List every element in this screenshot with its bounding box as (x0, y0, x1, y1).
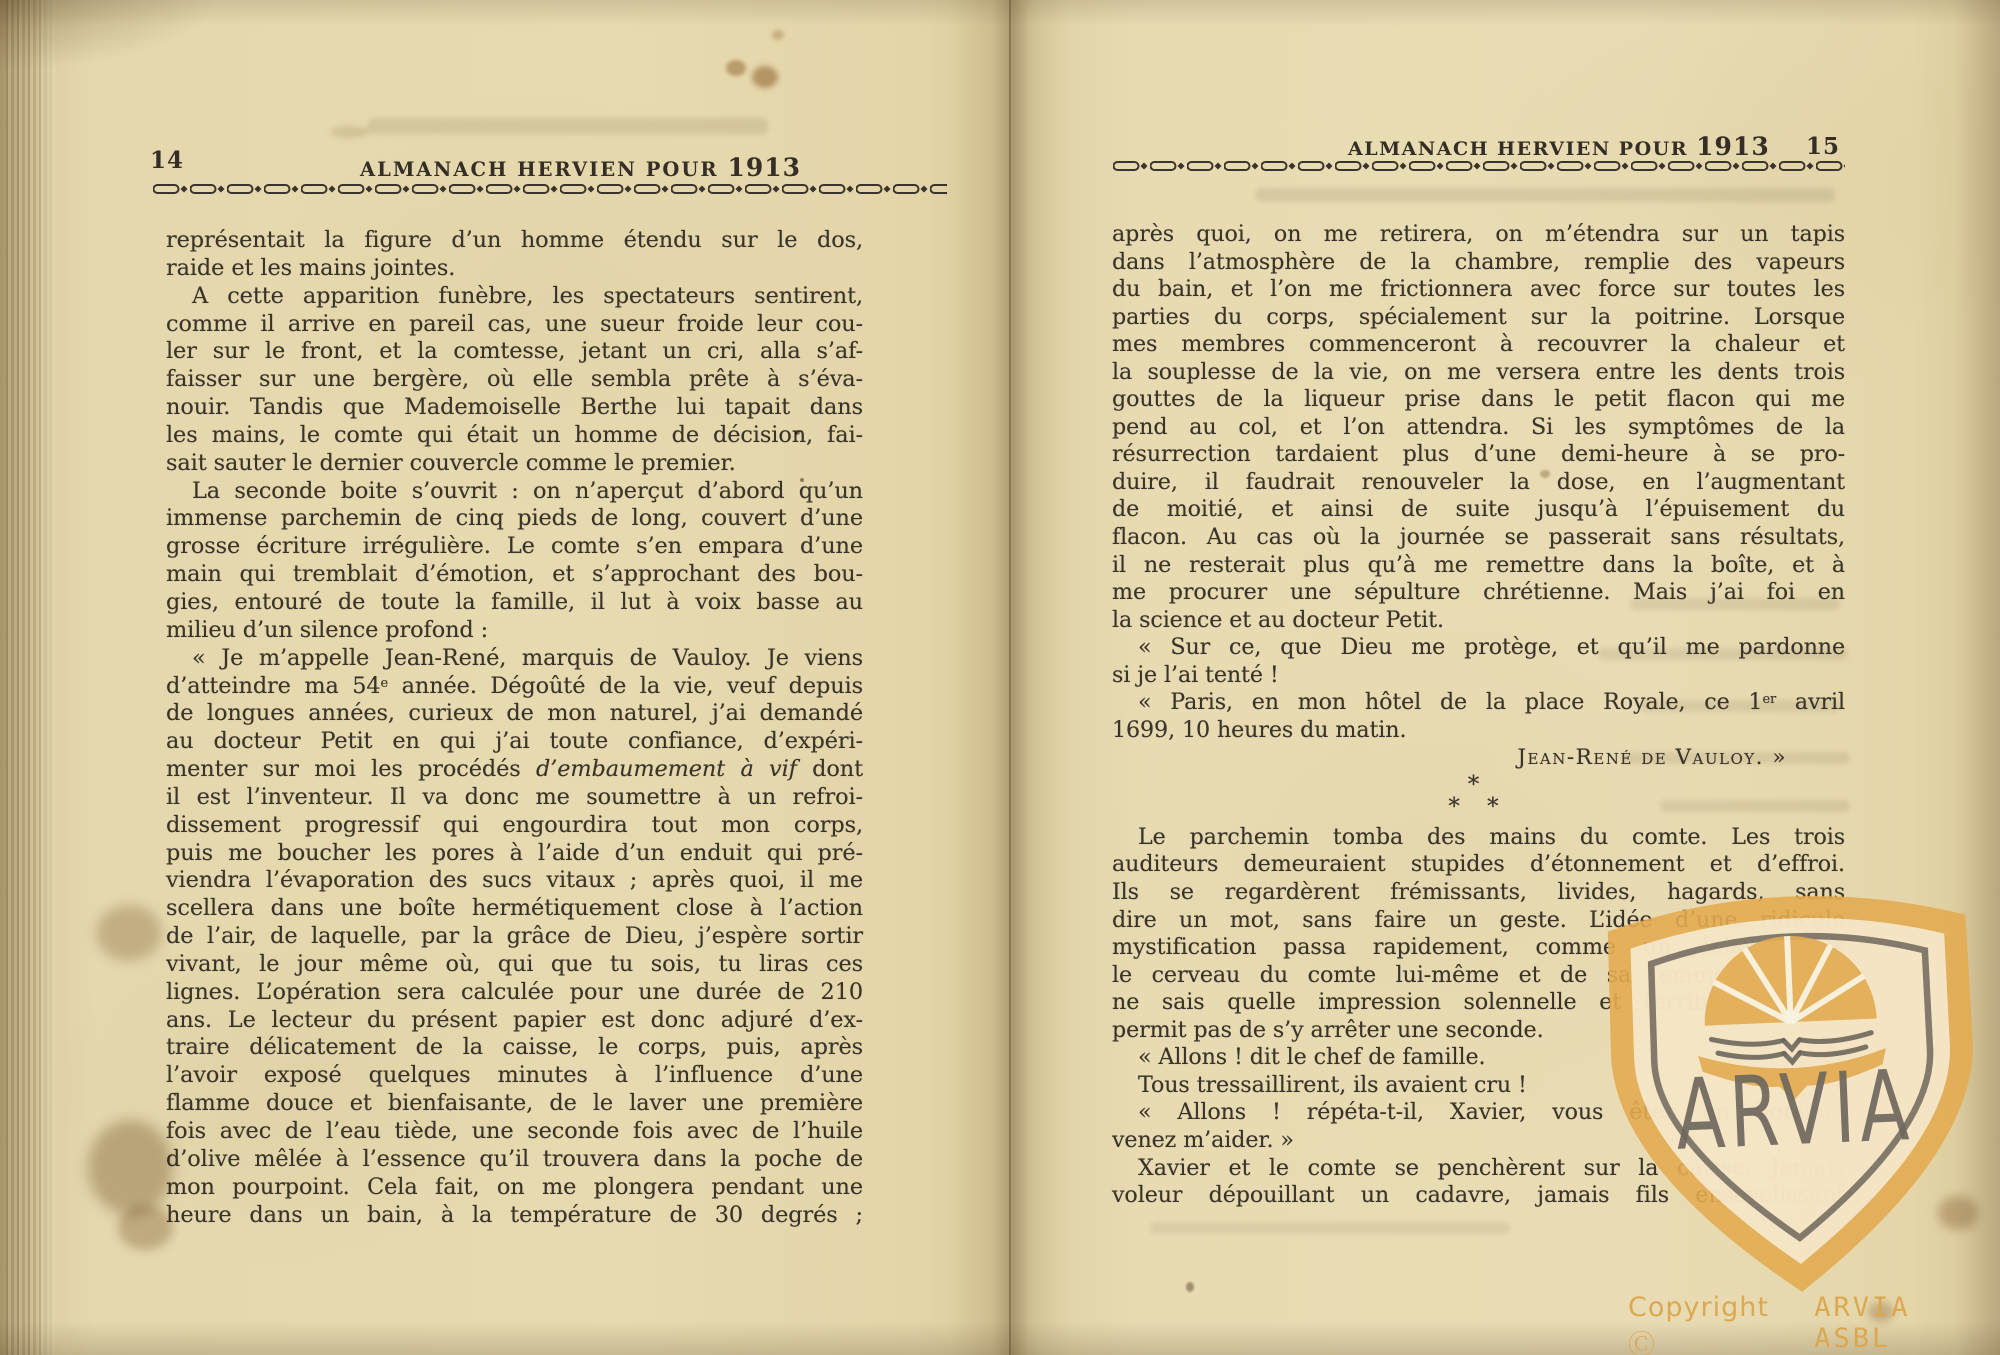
text-line: heure dans un bain, à la température de … (166, 1202, 863, 1230)
asterism-row: * * (1112, 796, 1845, 818)
text-line: La seconde boite s’ouvrit : on n’aperçut… (166, 478, 863, 506)
asterism-row: * (1112, 774, 1845, 796)
text-line: lignes. L’opération sera calculée pour u… (166, 979, 863, 1007)
asterism-ornament: * * * (1112, 772, 1845, 824)
text-line: scellera dans une boîte hermétiquement c… (166, 895, 863, 923)
text-line: traire délicatement de la caisse, le cor… (166, 1034, 863, 1062)
text-line: représentait la figure d’un homme étendu… (166, 227, 863, 255)
text-line: de l’air, de laquelle, par la grâce de D… (166, 923, 863, 951)
text-line: nouir. Tandis que Mademoiselle Berthe lu… (166, 394, 863, 422)
text-line: A cette apparition funèbre, les spectate… (166, 283, 863, 311)
right-page-top-block: après quoi, on me retirera, on m’étendra… (1112, 221, 1845, 744)
text-line: « Sur ce, que Dieu me protège, et qu’il … (1112, 634, 1845, 662)
text-line: la science et au docteur Petit. (1112, 607, 1845, 635)
text-line: il est l’inventeur. Il va donc me soumet… (166, 784, 863, 812)
text-line: milieu d’un silence profond : (166, 617, 863, 645)
text-line: flacon. Au cas où la journée se passerai… (1112, 524, 1845, 552)
text-line: de moitié, et ainsi de suite jusqu’à l’é… (1112, 496, 1845, 524)
text-line: me procurer une sépulture chrétienne. Ma… (1112, 579, 1845, 607)
arvia-label: ARVIA (1673, 1050, 1915, 1173)
text-line: après quoi, on me retirera, on m’étendra… (1112, 221, 1845, 249)
text-line: il ne resterait plus qu’à me remettre da… (1112, 552, 1845, 580)
text-line: Le parchemin tomba des mains du comte. L… (1112, 824, 1845, 852)
text-line: « Paris, en mon hôtel de la place Royale… (1112, 689, 1845, 717)
arvia-watermark: ARVIA (1579, 844, 2000, 1309)
text-line: résurrection tardaient plus d’une demi-h… (1112, 441, 1845, 469)
text-line: vivant, le jour même où, qui que tu sois… (166, 951, 863, 979)
text-line: « Je m’appelle Jean-René, marquis de Vau… (166, 645, 863, 673)
text-line: grosse écriture irrégulière. Le comte s’… (166, 533, 863, 561)
text-line: fois avec de l’eau tiède, une seconde fo… (166, 1118, 863, 1146)
text-line: du bain, et l’on me frictionnera avec fo… (1112, 276, 1845, 304)
text-line: ans. Le lecteur du présent papier est do… (166, 1007, 863, 1035)
text-line: gouttes de la liqueur prise dans le peti… (1112, 386, 1845, 414)
text-line: ler sur le front, et la comtesse, jetant… (166, 338, 863, 366)
text-line: mon pourpoint. Cela fait, on me plongera… (166, 1174, 863, 1202)
running-title-left: ALMANACH HERVIEN POUR 1913 (360, 153, 801, 182)
running-title-text: ALMANACH HERVIEN POUR (1348, 138, 1688, 160)
text-line: la souplesse de la vie, on me versera en… (1112, 359, 1845, 387)
text-line: comme il arrive en pareil cas, une sueur… (166, 311, 863, 339)
text-line: pend au col, et l’on attendra. Si les sy… (1112, 414, 1845, 442)
text-line: mes membres commenceront à recouvrer la … (1112, 331, 1845, 359)
running-title-year: 1913 (1696, 132, 1770, 161)
svg-text:ARVIA: ARVIA (1673, 1050, 1915, 1173)
text-line: l’avoir exposé quelques minutes à l’infl… (166, 1062, 863, 1090)
text-line: faisser sur une bergère, où elle sembla … (166, 366, 863, 394)
text-line: parties du corps, spécialement sur la po… (1112, 304, 1845, 332)
text-line: d’olive mêlée à l’essence qu’il trouvera… (166, 1146, 863, 1174)
text-line: 1699, 10 heures du matin. (1112, 717, 1845, 745)
text-line: sait sauter le dernier couvercle comme l… (166, 450, 863, 478)
text-line: de longues années, curieux de mon nature… (166, 700, 863, 728)
text-line: flamme douce et bienfaisante, de le lave… (166, 1090, 863, 1118)
text-line: d’atteindre ma 54e année. Dégoûté de la … (166, 673, 863, 701)
text-line: dans l’atmosphère de la chambre, remplie… (1112, 249, 1845, 277)
text-line: main qui tremblait d’émotion, et s’appro… (166, 561, 863, 589)
copyright-text: Copyright Ⓒ (1628, 1292, 1800, 1355)
page-number-right: 15 (1806, 133, 1840, 160)
text-line: gies, entouré de toute la famille, il lu… (166, 589, 863, 617)
text-line: au docteur Petit en qui j’ai toute confi… (166, 728, 863, 756)
book-scan: 14 ALMANACH HERVIEN POUR 1913 ALMANACH H… (0, 0, 2000, 1355)
text-line: raide et les mains jointes. (166, 255, 863, 283)
running-title-year: 1913 (727, 153, 801, 182)
chain-ornament-left (153, 181, 947, 195)
text-line: si je l’ai tenté ! (1112, 662, 1845, 690)
text-line: immense parchemin de cinq pieds de long,… (166, 505, 863, 533)
copyright-org: ARVIA ASBL (1814, 1292, 2000, 1354)
running-title-right: ALMANACH HERVIEN POUR 1913 (1348, 132, 1770, 161)
running-title-text: ALMANACH HERVIEN POUR (360, 158, 719, 181)
gutter-crease (1009, 0, 1011, 1355)
text-line: puis me boucher les pores à l’aide d’un … (166, 840, 863, 868)
text-line: menter sur moi les procédés d’embaumemen… (166, 756, 863, 784)
text-line: viendra l’évaporation des sucs vitaux ; … (166, 867, 863, 895)
signature-line: Jean-René de Vauloy. » (1112, 744, 1845, 772)
text-line: duire, il faudrait renouveler la dose, e… (1112, 469, 1845, 497)
text-line: les mains, le comte qui était un homme d… (166, 422, 863, 450)
chain-ornament-right (1113, 158, 1845, 172)
page-number-left: 14 (150, 147, 184, 174)
copyright-notice: Copyright Ⓒ ARVIA ASBL (1628, 1292, 2000, 1355)
scan-corner-shadow (0, 0, 220, 70)
page-stack-edge (6, 0, 56, 1355)
text-line: dissement progressif qui engourdira tout… (166, 812, 863, 840)
left-page-text: représentait la figure d’un homme étendu… (166, 227, 863, 1229)
